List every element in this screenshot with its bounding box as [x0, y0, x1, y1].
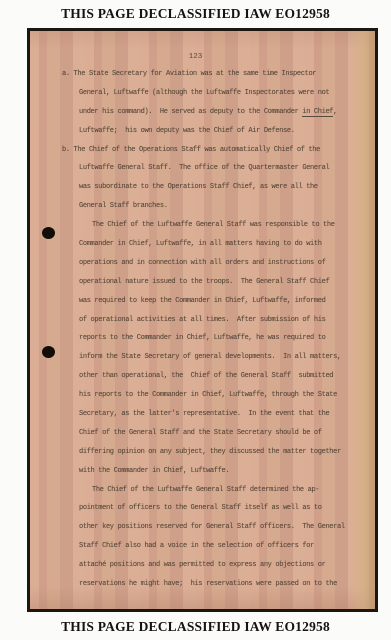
declassification-banner-bottom: THIS PAGE DECLASSIFIED IAW EO12958 [0, 617, 391, 637]
text-line: Luftwaffe General Staff. The office of t… [62, 159, 362, 178]
page-number: 123 [23, 53, 368, 61]
hole-punch-bottom [42, 346, 55, 358]
text-line: reports to the Commander in Chief, Luftw… [62, 329, 362, 348]
text-line: pointment of officers to the General Sta… [62, 499, 362, 518]
text-line: attaché positions and was permitted to e… [62, 556, 362, 575]
declassified-document-page: THIS PAGE DECLASSIFIED IAW EO12958 123 a… [0, 0, 391, 640]
text-line: Luftwaffe; his own deputy was the Chief … [62, 122, 362, 141]
text-line: General Staff branches. [62, 197, 362, 216]
text-line: operations and in connection with all or… [62, 254, 362, 273]
text-line: The Chief of the Luftwaffe General Staff… [62, 481, 362, 500]
text-line: was required to keep the Commander in Ch… [62, 292, 362, 311]
declassification-banner-top: THIS PAGE DECLASSIFIED IAW EO12958 [0, 4, 391, 24]
text-line: operational nature issued to the troops.… [62, 273, 362, 292]
scanned-page: 123 a. The State Secretary for Aviation … [27, 28, 378, 612]
text-line: of operational activities at all times. … [62, 311, 362, 330]
text-line: other than operational, the Chief of the… [62, 367, 362, 386]
text-line: under his command). He served as deputy … [62, 103, 362, 122]
text-line: b. The Chief of the Operations Staff was… [62, 141, 362, 160]
text-line: differing opinion on any subject, they d… [62, 443, 362, 462]
text-line: inform the State Secretary of general de… [62, 348, 362, 367]
text-line: other key positions reserved for General… [62, 518, 362, 537]
typewritten-lines: a. The State Secretary for Aviation was … [62, 65, 362, 594]
text-line: was subordinate to the Operations Staff … [62, 178, 362, 197]
text-line: Chief of the General Staff and the State… [62, 424, 362, 443]
text-line: a. The State Secretary for Aviation was … [62, 65, 362, 84]
hole-punch-top [42, 227, 55, 239]
text-line: with the Commander in Chief, Luftwaffe. [62, 462, 362, 481]
text-line: his reports to the Commander in Chief, L… [62, 386, 362, 405]
text-line: Secretary, as the latter's representativ… [62, 405, 362, 424]
text-line: Commander in Chief, Luftwaffe, in all ma… [62, 235, 362, 254]
text-line: General, Luftwaffe (although the Luftwaf… [62, 84, 362, 103]
text-line: reservations he might have; his reservat… [62, 575, 362, 594]
text-line: The Chief of the Luftwaffe General Staff… [62, 216, 362, 235]
text-line: Staff Chief also had a voice in the sele… [62, 537, 362, 556]
